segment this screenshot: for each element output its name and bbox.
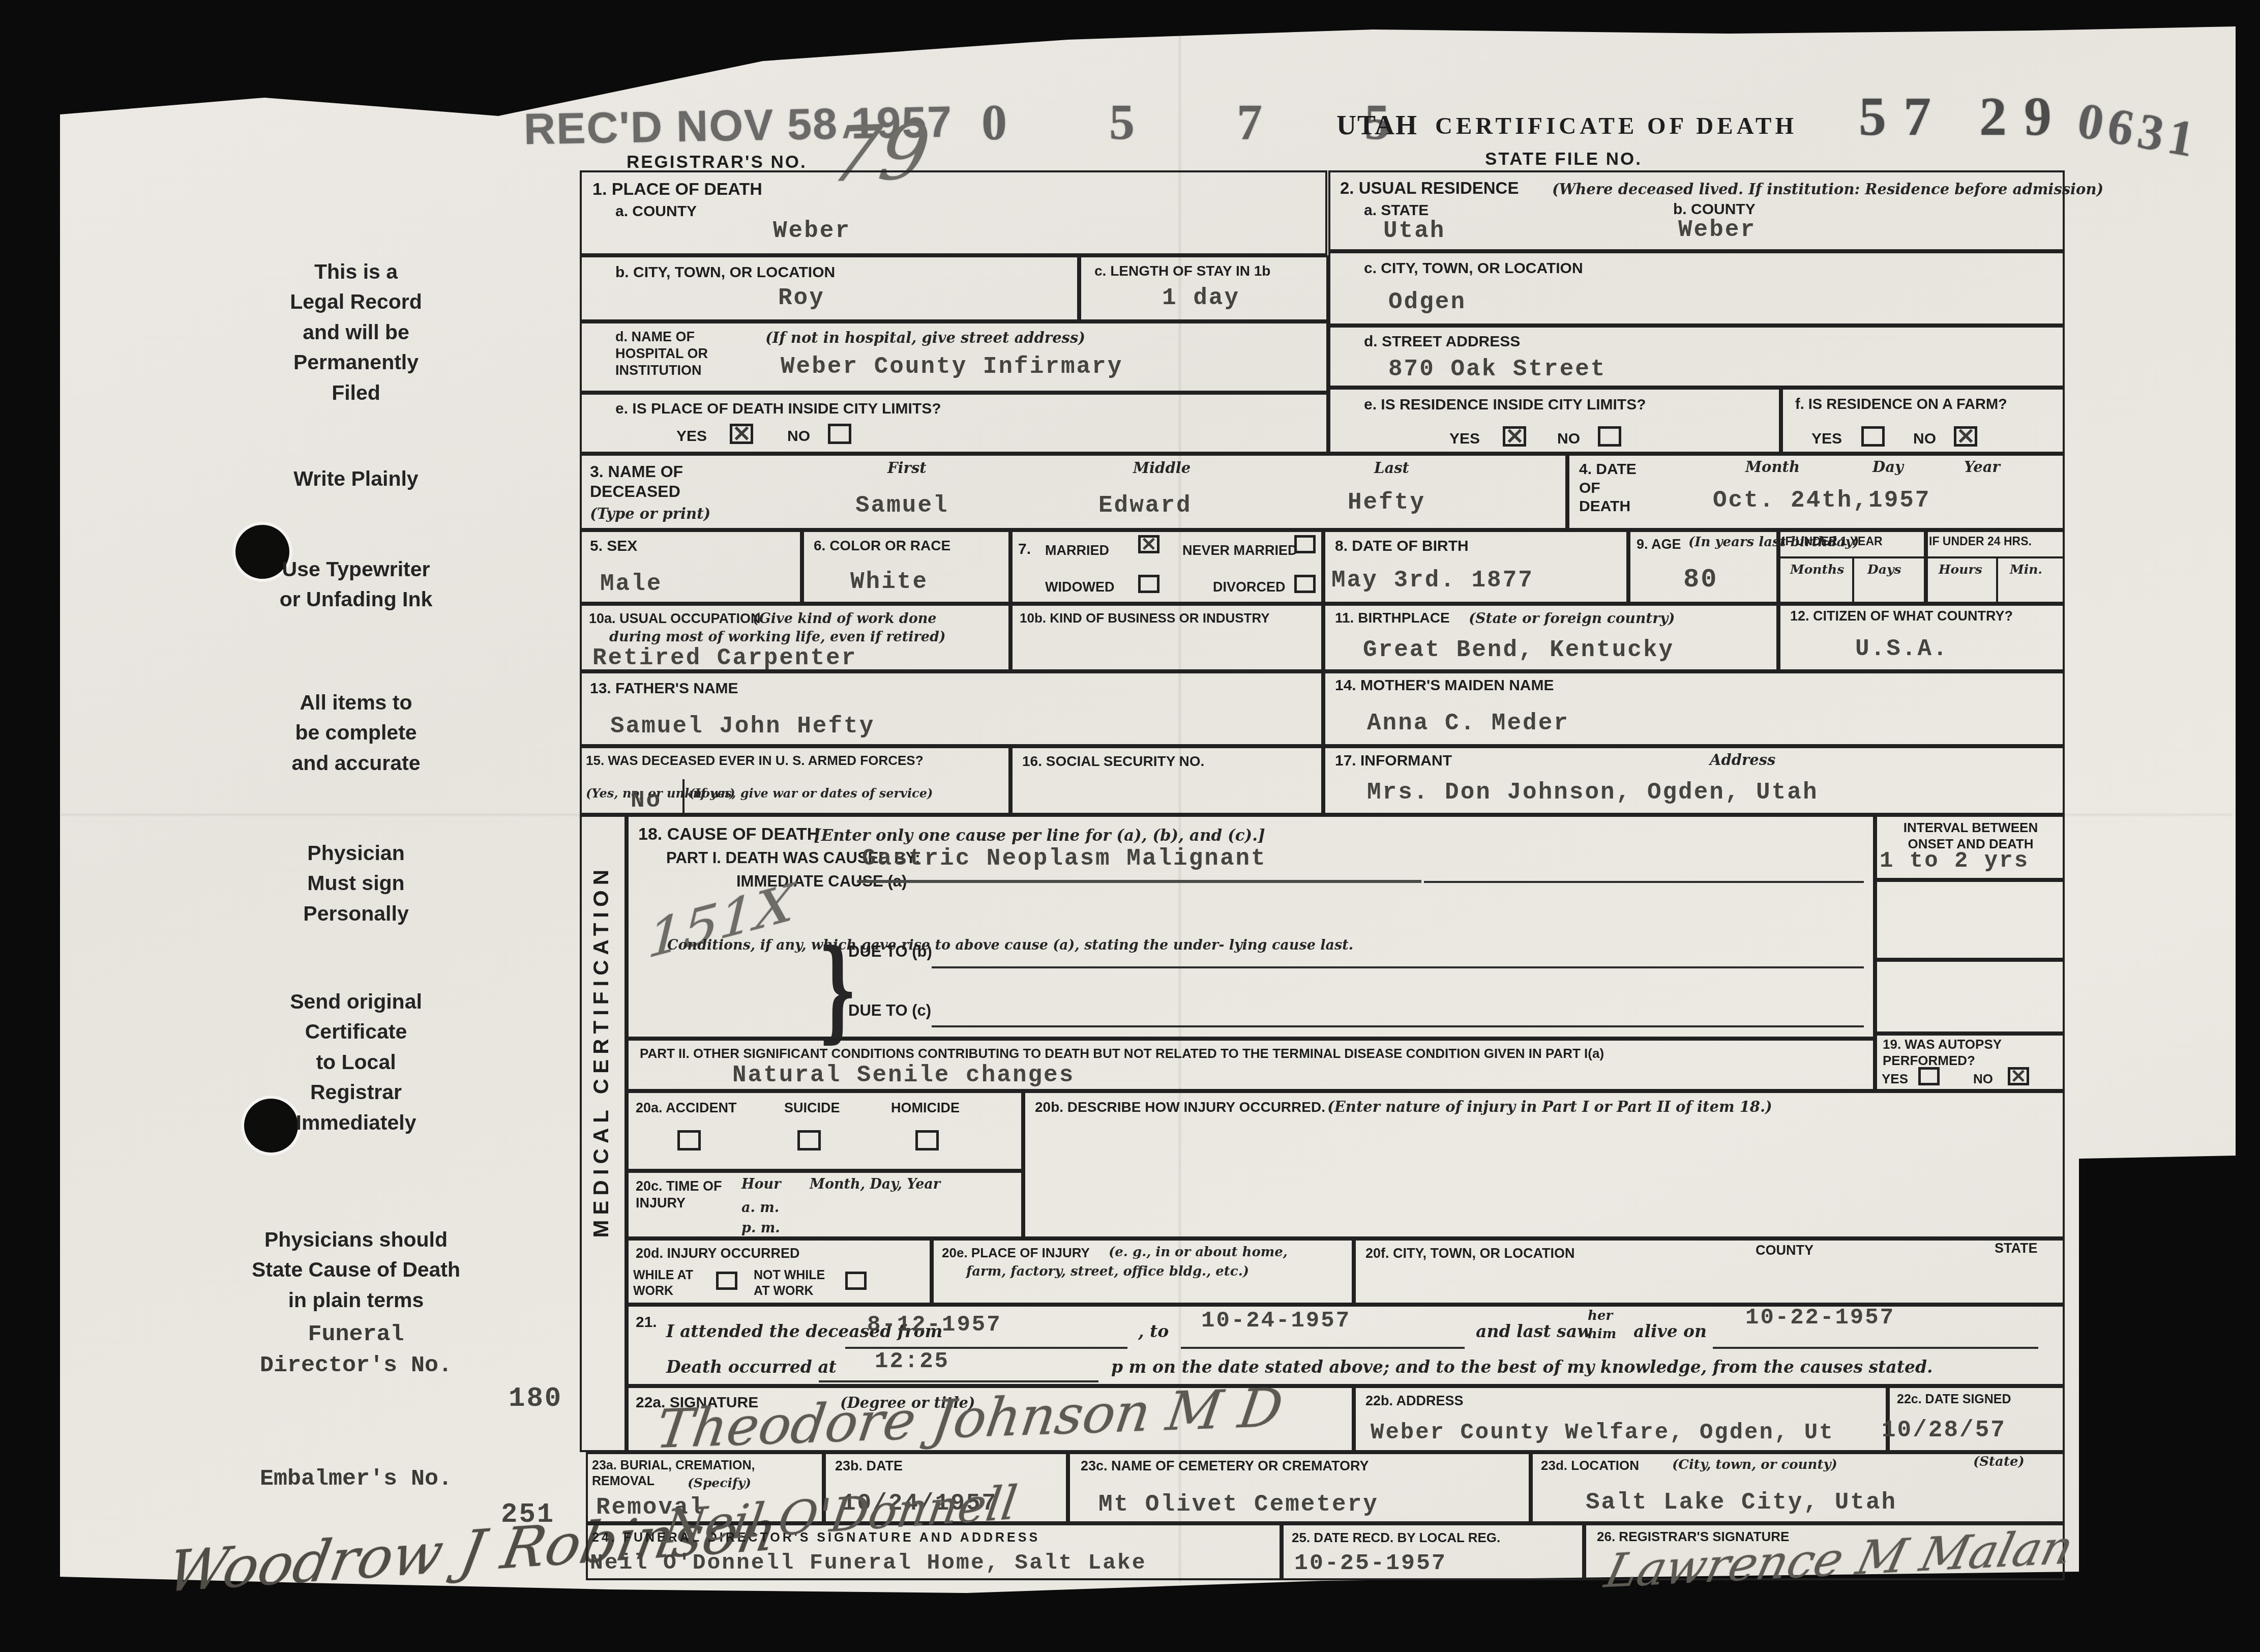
autopsy-label: 19. WAS AUTOPSY PERFORMED? [1883,1037,2002,1069]
checkbox-autopsy-no: ✕ [2008,1067,2029,1085]
place-of-injury-hint2: farm, factory, street, office bldg., etc… [966,1263,1249,1280]
length-of-stay-value: 1 day [1162,285,1240,311]
informant-value: Mrs. Don Johnson, Ogden, Utah [1367,779,1819,806]
informant-address-label: Address [1710,751,1775,769]
residence-city-value: Odgen [1388,289,1466,315]
date-signed-value: 10/28/57 [1882,1417,2006,1443]
burial-type-hint: (Specify) [688,1475,751,1491]
checkbox-suicide [797,1130,821,1150]
birth-value: May 3rd. 1877 [1331,567,1534,594]
am-label: a. m. [741,1199,779,1217]
homicide-label: HOMICIDE [891,1100,960,1116]
attended-text-2: , to [1138,1321,1169,1341]
injury-state-label: STATE [1995,1240,2038,1257]
note-physician-sign: Physician Must sign Personally [147,838,564,929]
checkbox-farm-no: ✕ [1954,426,1977,447]
father-value: Samuel John Hefty [610,713,875,740]
part2-value: Natural Senile changes [732,1062,1075,1088]
underline [932,936,1864,968]
months-label: Months [1790,562,1844,577]
race-value: White [850,569,928,595]
underline [819,1354,1098,1382]
mother-value: Anna C. Meder [1367,710,1569,736]
death-certificate-scan: REC'D NOV 58 1957 0 5 7 5 UTAH CERTIFICA… [0,0,2260,1652]
him-label: him [1588,1326,1616,1342]
how-injury-hint: (Enter nature of injury in Part I or Par… [1327,1098,1772,1116]
armed-forces-hint2: (If yes, give war or dates of service) [689,786,933,801]
never-married-label: NEVER MARRIED [1182,542,1298,559]
business-label: 10b. KIND OF BUSINESS OR INDUSTRY [1020,610,1270,627]
note-plain-terms: Physicians should State Cause of Death i… [147,1225,564,1315]
accident-label: 20a. ACCIDENT [636,1100,737,1116]
sex-value: Male [600,571,662,597]
checkbox-homicide [915,1130,939,1150]
attended-number: 21. [636,1313,657,1332]
not-while-at-work-label: NOT WHILE AT WORK [754,1267,825,1299]
residence-limits-yes-label: YES [1449,430,1480,449]
armed-forces-value: No [631,787,662,814]
age-value: 80 [1683,565,1718,595]
hospital-hint: (If not in hospital, give street address… [765,329,1085,347]
note-complete: All items to be complete and accurate [147,688,564,778]
farm-yes-label: YES [1811,430,1842,449]
cell-interval-c [1875,960,2065,1034]
attended-to-value: 10-24-1957 [1201,1308,1351,1334]
month-day-year-label: Month, Day, Year [810,1176,940,1193]
funeral-director-typed: Neil O'Donnell Funeral Home, Salt Lake [590,1550,1147,1575]
widowed-label: WIDOWED [1045,579,1114,596]
name-hint: (Type or print) [590,505,710,523]
underline [1424,845,1864,883]
autopsy-no-label: NO [1973,1071,1993,1087]
cause-title: 18. CAUSE OF DEATH [638,824,819,845]
place-county-label: a. COUNTY [615,202,697,221]
mother-label: 14. MOTHER'S MAIDEN NAME [1335,676,1554,695]
cell-interval-b [1875,880,2065,960]
armed-forces-label: 15. WAS DECEASED EVER IN U. S. ARMED FOR… [586,753,924,769]
min-label: Min. [2010,562,2042,577]
interval-value: 1 to 2 yrs [1880,848,2029,874]
occupation-value: Retired Carpenter [592,645,857,671]
note-legal-record: This is a Legal Record and will be Perma… [147,257,564,408]
autopsy-yes-label: YES [1882,1071,1908,1087]
birthplace-label: 11. BIRTHPLACE [1335,609,1450,627]
name-last-label: Last [1374,459,1409,477]
funeral-directors-no-label: Funeral Director's No. [147,1319,564,1381]
place-county-value: Weber [773,218,851,244]
medical-certification-label: MEDICAL CERTIFICATION [589,865,613,1237]
residence-state-value: Utah [1383,218,1445,244]
name-first-label: First [887,459,927,477]
hospital-value: Weber County Infirmary [781,353,1123,380]
farm-no-label: NO [1913,430,1936,449]
place-limits-yes-label: YES [676,427,707,446]
checkbox-place-limits-yes: ✕ [730,424,753,444]
burial-location-hint: (City, town, or county) [1672,1457,1837,1473]
place-city-value: Roy [778,285,825,311]
birthplace-hint: (State or foreign country) [1469,609,1675,627]
name-middle-value: Edward [1098,492,1192,519]
name-first-value: Samuel [855,492,949,519]
state-file-stamp-a: 57 29 [1859,85,2069,149]
father-label: 13. FATHER'S NAME [590,680,738,698]
name-middle-label: Middle [1133,459,1191,477]
checkbox-residence-limits-yes: ✕ [1503,426,1526,447]
under-1-year-label: IF UNDER 1 YEAR [1782,534,1883,548]
cert-address-value: Weber County Welfare, Ogden, Ut [1371,1420,1834,1445]
checkbox-accident [677,1130,701,1150]
place-city-label: b. CITY, TOWN, OR LOCATION [615,263,835,282]
divider [1926,556,2065,558]
divider [1996,556,1998,604]
residence-limits-label: e. IS RESIDENCE INSIDE CITY LIMITS? [1364,396,1646,415]
place-of-injury-hint1: (e. g., in or about home, [1109,1244,1288,1261]
checkbox-widowed [1138,575,1159,593]
hospital-label: d. NAME OF HOSPITAL OR INSTITUTION [615,329,708,379]
farm-label: f. IS RESIDENCE ON A FARM? [1795,396,2007,414]
death-time-value: 12:25 [875,1349,949,1374]
occupation-label: 10a. USUAL OCCUPATION [589,610,761,627]
hours-label: Hours [1939,562,1982,577]
age-label: 9. AGE [1637,536,1681,553]
date-recd-label: 25. DATE RECD. BY LOCAL REG. [1292,1530,1500,1546]
usual-residence-title: 2. USUAL RESIDENCE [1340,178,1519,198]
street-address-label: d. STREET ADDRESS [1364,333,1520,351]
burial-location-value: Salt Lake City, Utah [1586,1489,1897,1516]
place-of-injury-label: 20e. PLACE OF INJURY [942,1245,1090,1261]
injury-occurred-label: 20d. INJURY OCCURRED [636,1245,800,1262]
checkbox-autopsy-yes [1918,1067,1940,1085]
injury-county-label: COUNTY [1756,1242,1813,1259]
name-last-value: Hefty [1348,489,1425,516]
part2-label: PART II. OTHER SIGNIFICANT CONDITIONS CO… [640,1046,1604,1062]
checkbox-place-limits-no [828,424,851,444]
race-label: 6. COLOR OR RACE [814,537,950,554]
occupation-hint2: during most of working life, even if ret… [609,629,946,646]
checkbox-divorced [1294,575,1316,593]
checkbox-not-while-at-work [845,1272,867,1290]
length-of-stay-label: c. LENGTH OF STAY IN 1b [1094,262,1270,280]
death-date-title: 4. DATE OF DEATH [1579,460,1637,516]
death-date-value: Oct. 24th,1957 [1713,487,1930,514]
certificate-title: CERTIFICATE OF DEATH [1435,112,1797,141]
pm-label: p. m. [741,1220,780,1237]
attended-last-value: 10-22-1957 [1745,1305,1895,1331]
note-typewriter: Use Typewriter or Unfading Ink [147,554,564,615]
suicide-label: SUICIDE [784,1100,840,1116]
under-24-hrs-label: IF UNDER 24 HRS. [1929,534,2032,548]
underline [857,844,1421,883]
death-occurred-text-2: p m on the date stated above; and to the… [1111,1357,1933,1377]
marital-number: 7. [1018,540,1031,559]
divorced-label: DIVORCED [1213,579,1286,596]
interval-label: INTERVAL BETWEEN ONSET AND DEATH [1882,820,2060,852]
due-to-c-label: DUE TO (c) [848,1001,931,1020]
usual-residence-hint: (Where deceased lived. If institution: R… [1552,180,2103,198]
funeral-directors-no-value: 180 [509,1383,562,1414]
place-limits-label: e. IS PLACE OF DEATH INSIDE CITY LIMITS? [615,400,941,419]
death-day-label: Day [1872,458,1904,476]
state-name-title: UTAH [1336,109,1418,142]
hour-label: Hour [741,1176,781,1193]
date-recd-value: 10-25-1957 [1294,1550,1447,1576]
married-label: MARRIED [1045,542,1109,559]
birth-label: 8. DATE OF BIRTH [1335,537,1469,556]
burial-state-hint: (State) [1973,1454,2025,1470]
birthplace-value: Great Bend, Kentucky [1363,637,1674,663]
death-occurred-text: Death occurred at [666,1357,837,1377]
note-write-plainly: Write Plainly [147,464,564,494]
burial-location-label: 23d. LOCATION [1541,1458,1639,1474]
time-of-injury-label: 20c. TIME OF INJURY [636,1178,722,1212]
checkbox-while-at-work [716,1272,737,1290]
days-label: Days [1867,562,1901,577]
name-title: 3. NAME OF DECEASED [590,462,683,501]
death-month-label: Month [1745,458,1800,476]
divider [1852,556,1854,604]
embalmers-no-label: Embalmer's No. [147,1464,564,1495]
cause-title-hint: [Enter only one cause per line for (a), … [814,826,1265,846]
ssn-label: 16. SOCIAL SECURITY NO. [1022,753,1204,770]
date-signed-label: 22c. DATE SIGNED [1897,1392,2011,1407]
underline [932,995,1864,1027]
residence-limits-no-label: NO [1557,430,1580,449]
street-address-value: 870 Oak Street [1388,356,1606,382]
attended-from-value: 8-12-1957 [867,1312,1002,1338]
cemetery-label: 23c. NAME OF CEMETERY OR CREMATORY [1081,1458,1369,1474]
checkbox-farm-yes [1861,426,1885,447]
her-label: her [1588,1308,1613,1323]
attended-text-4: alive on [1633,1321,1707,1341]
divider [682,779,685,815]
sex-label: 5. SEX [590,537,637,556]
burial-date-label: 23b. DATE [835,1458,903,1474]
checkbox-never-married [1294,535,1316,553]
state-file-no-label: STATE FILE NO. [1485,149,1642,170]
death-year-label: Year [1964,458,2000,476]
note-send-original: Send original Certificate to Local Regis… [147,987,564,1138]
how-injury-label: 20b. DESCRIBE HOW INJURY OCCURRED. [1035,1099,1325,1116]
place-limits-no-label: NO [787,427,810,446]
attended-text-3: and last saw [1476,1321,1592,1341]
cert-address-label: 22b. ADDRESS [1365,1393,1464,1409]
residence-county-value: Weber [1678,217,1756,243]
informant-label: 17. INFORMANT [1335,752,1452,771]
cemetery-value: Mt Olivet Cemetery [1098,1491,1379,1518]
due-to-b-label: DUE TO (b) [848,942,932,961]
injury-city-label: 20f. CITY, TOWN, OR LOCATION [1365,1245,1575,1262]
place-of-death-title: 1. PLACE OF DEATH [592,179,762,200]
residence-city-label: c. CITY, TOWN, OR LOCATION [1364,259,1583,278]
citizen-label: 12. CITIZEN OF WHAT COUNTRY? [1790,608,2013,625]
checkbox-married: ✕ [1138,535,1159,553]
while-at-work-label: WHILE AT WORK [633,1267,693,1299]
checkbox-residence-limits-no [1598,426,1621,447]
citizen-value: U.S.A. [1855,636,1949,662]
occupation-hint1: (Give kind of work done [753,610,937,628]
